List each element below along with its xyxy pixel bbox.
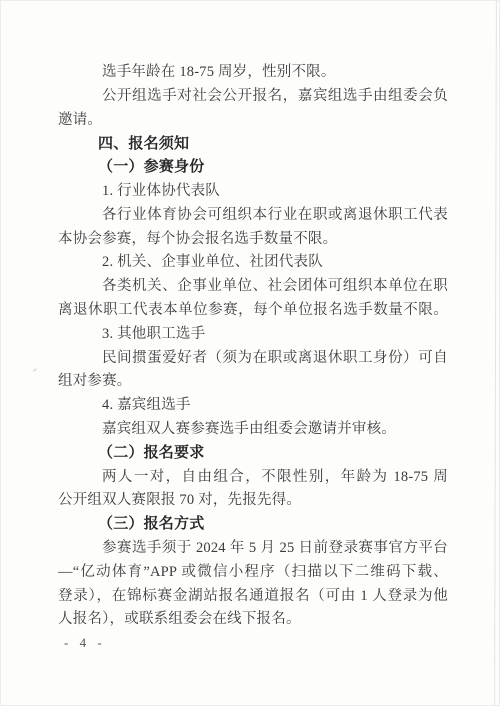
text-line: 民间掼蛋爱好者（须为在职或离退休职工身份）可自由 (58, 347, 448, 371)
text-line: —“亿动体育”APP 或微信小程序（扫描以下二维码下载、 (58, 561, 448, 585)
text-line: 组对参赛。 (58, 370, 448, 394)
text-line: 各类机关、企事业单位、社会团体可组织本单位在职或 (58, 275, 448, 299)
text-line: 两人一对，自由组合，不限性别，年龄为 18-75 周岁。 (58, 466, 448, 490)
text-line: 公开组双人赛限报 70 对，先报先得。 (58, 489, 448, 513)
section-heading: 四、报名须知 (58, 132, 448, 156)
numbered-item: 4. 嘉宾组选手 (58, 394, 448, 418)
scan-artifact (33, 368, 37, 372)
text-line: 选手年龄在 18-75 周岁，性别不限。 (58, 61, 448, 85)
text-line: 各行业体育协会可组织本行业在职或离退休职工代表 (58, 204, 448, 228)
document-body: 选手年龄在 18-75 周岁，性别不限。 公开组选手对社会公开报名，嘉宾组选手由… (58, 61, 448, 632)
text-line: 离退休职工代表本单位参赛，每个单位报名选手数量不限。 (58, 299, 448, 323)
subsection-heading: （三）报名方式 (58, 513, 448, 537)
text-line: 邀请。 (58, 109, 448, 133)
text-line: 公开组选手对社会公开报名，嘉宾组选手由组委会负责 (58, 85, 448, 109)
text-line: 登录），在锦标赛金湖站报名通道报名（可由 1 人登录为他 (58, 585, 448, 609)
text-line: 参赛选手须于 2024 年 5 月 25 日前登录赛事官方平台— (58, 537, 448, 561)
page-number: - 4 - (64, 635, 106, 651)
numbered-item: 3. 其他职工选手 (58, 323, 448, 347)
numbered-item: 1. 行业体协代表队 (58, 180, 448, 204)
subsection-heading: （一）参赛身份 (58, 156, 448, 180)
text-line: 本协会参赛，每个协会报名选手数量不限。 (58, 228, 448, 252)
subsection-heading: （二）报名要求 (58, 442, 448, 466)
scan-edge (494, 1, 497, 705)
text-line: 嘉宾组双人赛参赛选手由组委会邀请并审核。 (58, 418, 448, 442)
text-line: 人报名），或联系组委会在线下报名。 (58, 608, 448, 632)
numbered-item: 2. 机关、企事业单位、社团代表队 (58, 251, 448, 275)
document-page: 选手年龄在 18-75 周岁，性别不限。 公开组选手对社会公开报名，嘉宾组选手由… (0, 0, 500, 706)
